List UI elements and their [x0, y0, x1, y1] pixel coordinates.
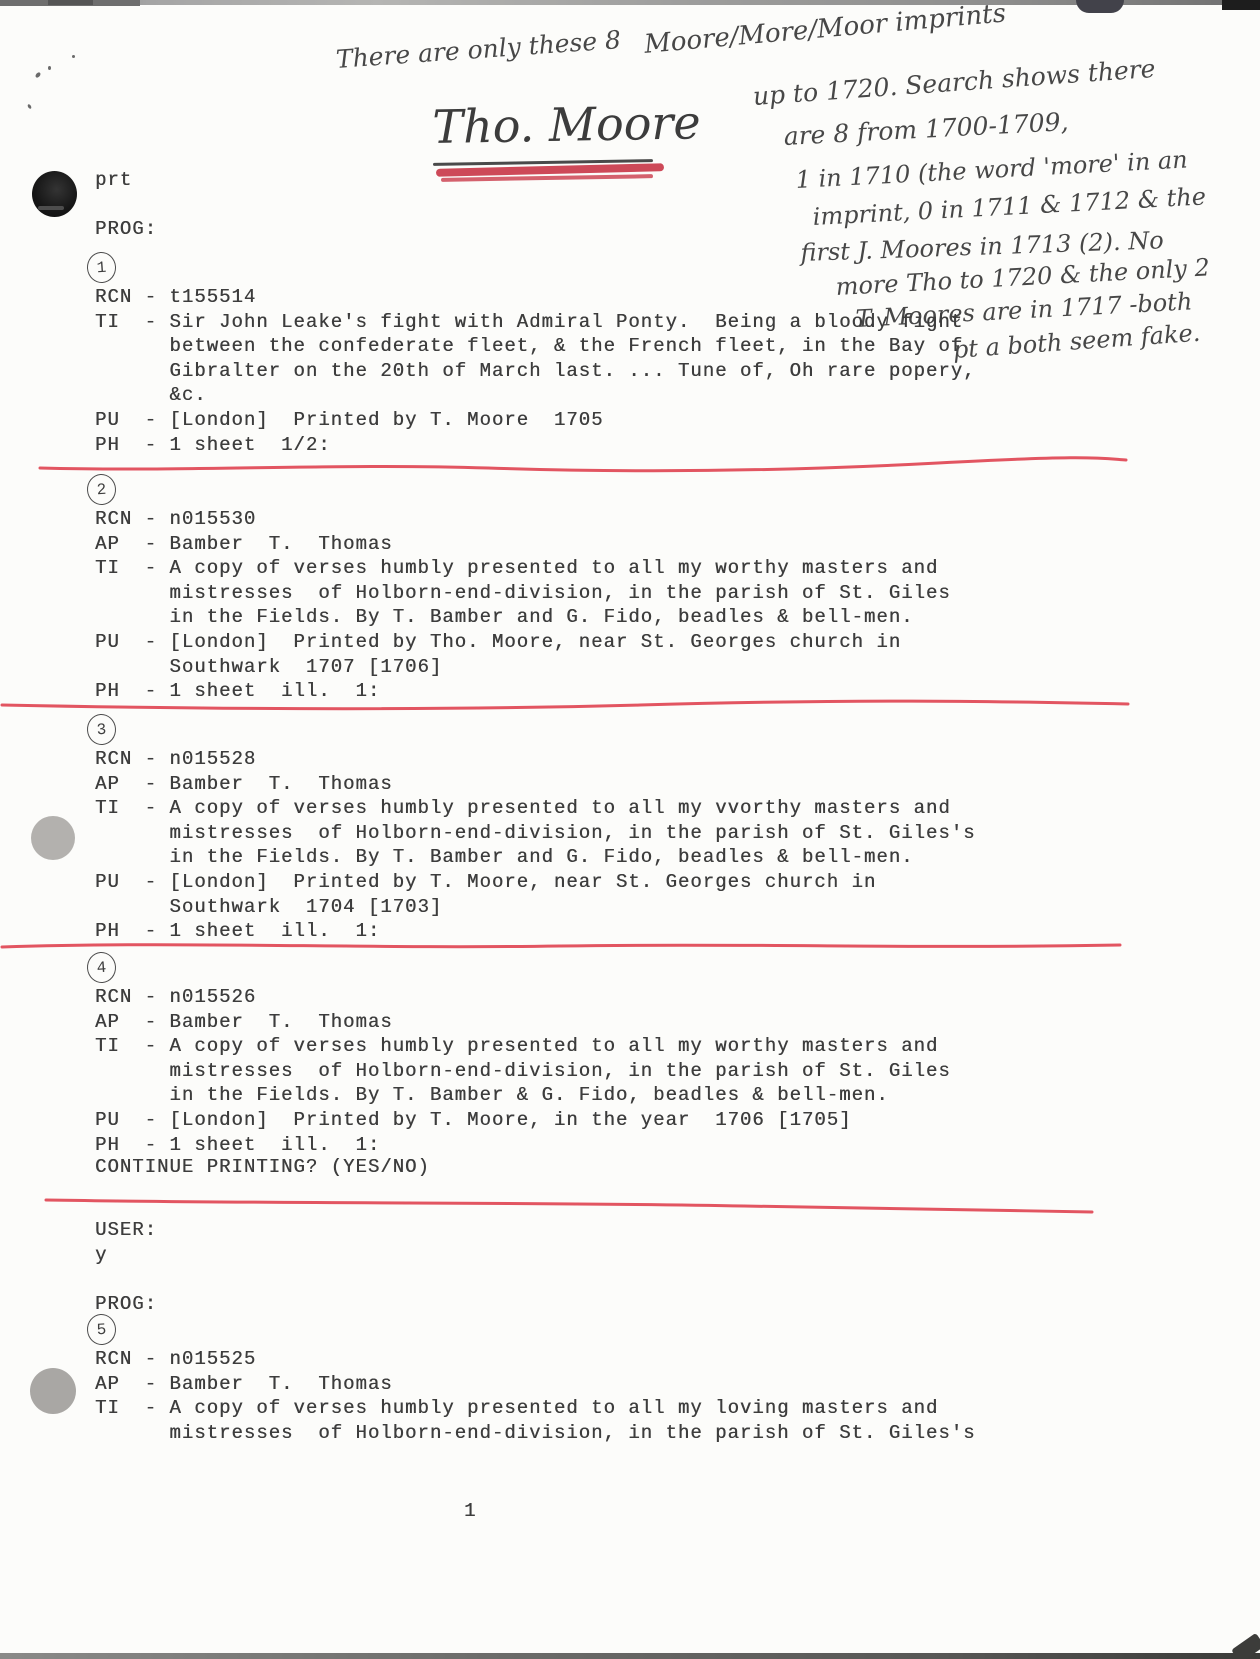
- record-4: 4RCN - n015526 AP - Bamber T. Thomas TI …: [87, 952, 951, 1157]
- handwritten-note-line: are 8 from 1700-1709,: [783, 107, 1069, 151]
- binder-clip-shadow: [1076, 0, 1124, 13]
- record-5: 5RCN - n015525 AP - Bamber T. Thomas TI …: [87, 1314, 976, 1445]
- record-text: RCN - n015528 AP - Bamber T. Thomas TI -…: [95, 747, 976, 944]
- record-3: 3RCN - n015528 AP - Bamber T. Thomas TI …: [87, 714, 976, 944]
- user-response-block: USER: y PROG:: [95, 1218, 157, 1316]
- record-text: RCN - n015526 AP - Bamber T. Thomas TI -…: [95, 985, 951, 1157]
- separator-line-1: [38, 455, 1130, 477]
- record-1: 1RCN - t155514 TI - Sir John Leake's fig…: [87, 252, 976, 457]
- record-text: RCN - n015530 AP - Bamber T. Thomas TI -…: [95, 507, 951, 704]
- handwritten-note-line: Moore/More/Moor imprints: [643, 0, 1007, 60]
- record-number-badge: 3: [86, 713, 117, 746]
- pencil-speck: [27, 104, 32, 110]
- record-number-badge: 2: [86, 473, 117, 506]
- record-2: 2RCN - n015530 AP - Bamber T. Thomas TI …: [87, 474, 951, 704]
- continue-printing-prompt: CONTINUE PRINTING? (YES/NO): [95, 1155, 430, 1180]
- scan-top-edge: [0, 0, 1260, 5]
- page-number: 1: [464, 1500, 475, 1522]
- separator-line-3: [0, 935, 1124, 957]
- handwritten-note-line: There are only these 8: [335, 25, 622, 74]
- pencil-speck: [72, 55, 75, 58]
- record-number-badge: 5: [86, 1313, 117, 1346]
- hole-punch-middle: [31, 816, 75, 860]
- pencil-speck: [48, 66, 51, 70]
- hole-punch-bottom: [30, 1368, 76, 1414]
- scan-bottom-edge: [0, 1653, 1260, 1659]
- separator-line-4: [44, 1192, 1096, 1218]
- scanned-page: There are only these 8Moore/More/Moor im…: [0, 0, 1260, 1659]
- pencil-speck: [35, 71, 42, 78]
- separator-line-2: [0, 695, 1132, 715]
- record-text: RCN - t155514 TI - Sir John Leake's figh…: [95, 285, 976, 457]
- scan-top-mark: [48, 0, 93, 5]
- scan-corner-mark: [1222, 0, 1260, 10]
- terminal-prompt-block: prt PROG:: [95, 168, 157, 242]
- record-number-badge: 1: [86, 251, 117, 284]
- handwritten-title: Tho. Moore: [432, 95, 701, 154]
- hole-punch-top: [32, 171, 77, 217]
- handwritten-note-line: up to 1720. Search shows there: [752, 54, 1156, 111]
- record-text: RCN - n015525 AP - Bamber T. Thomas TI -…: [95, 1347, 976, 1445]
